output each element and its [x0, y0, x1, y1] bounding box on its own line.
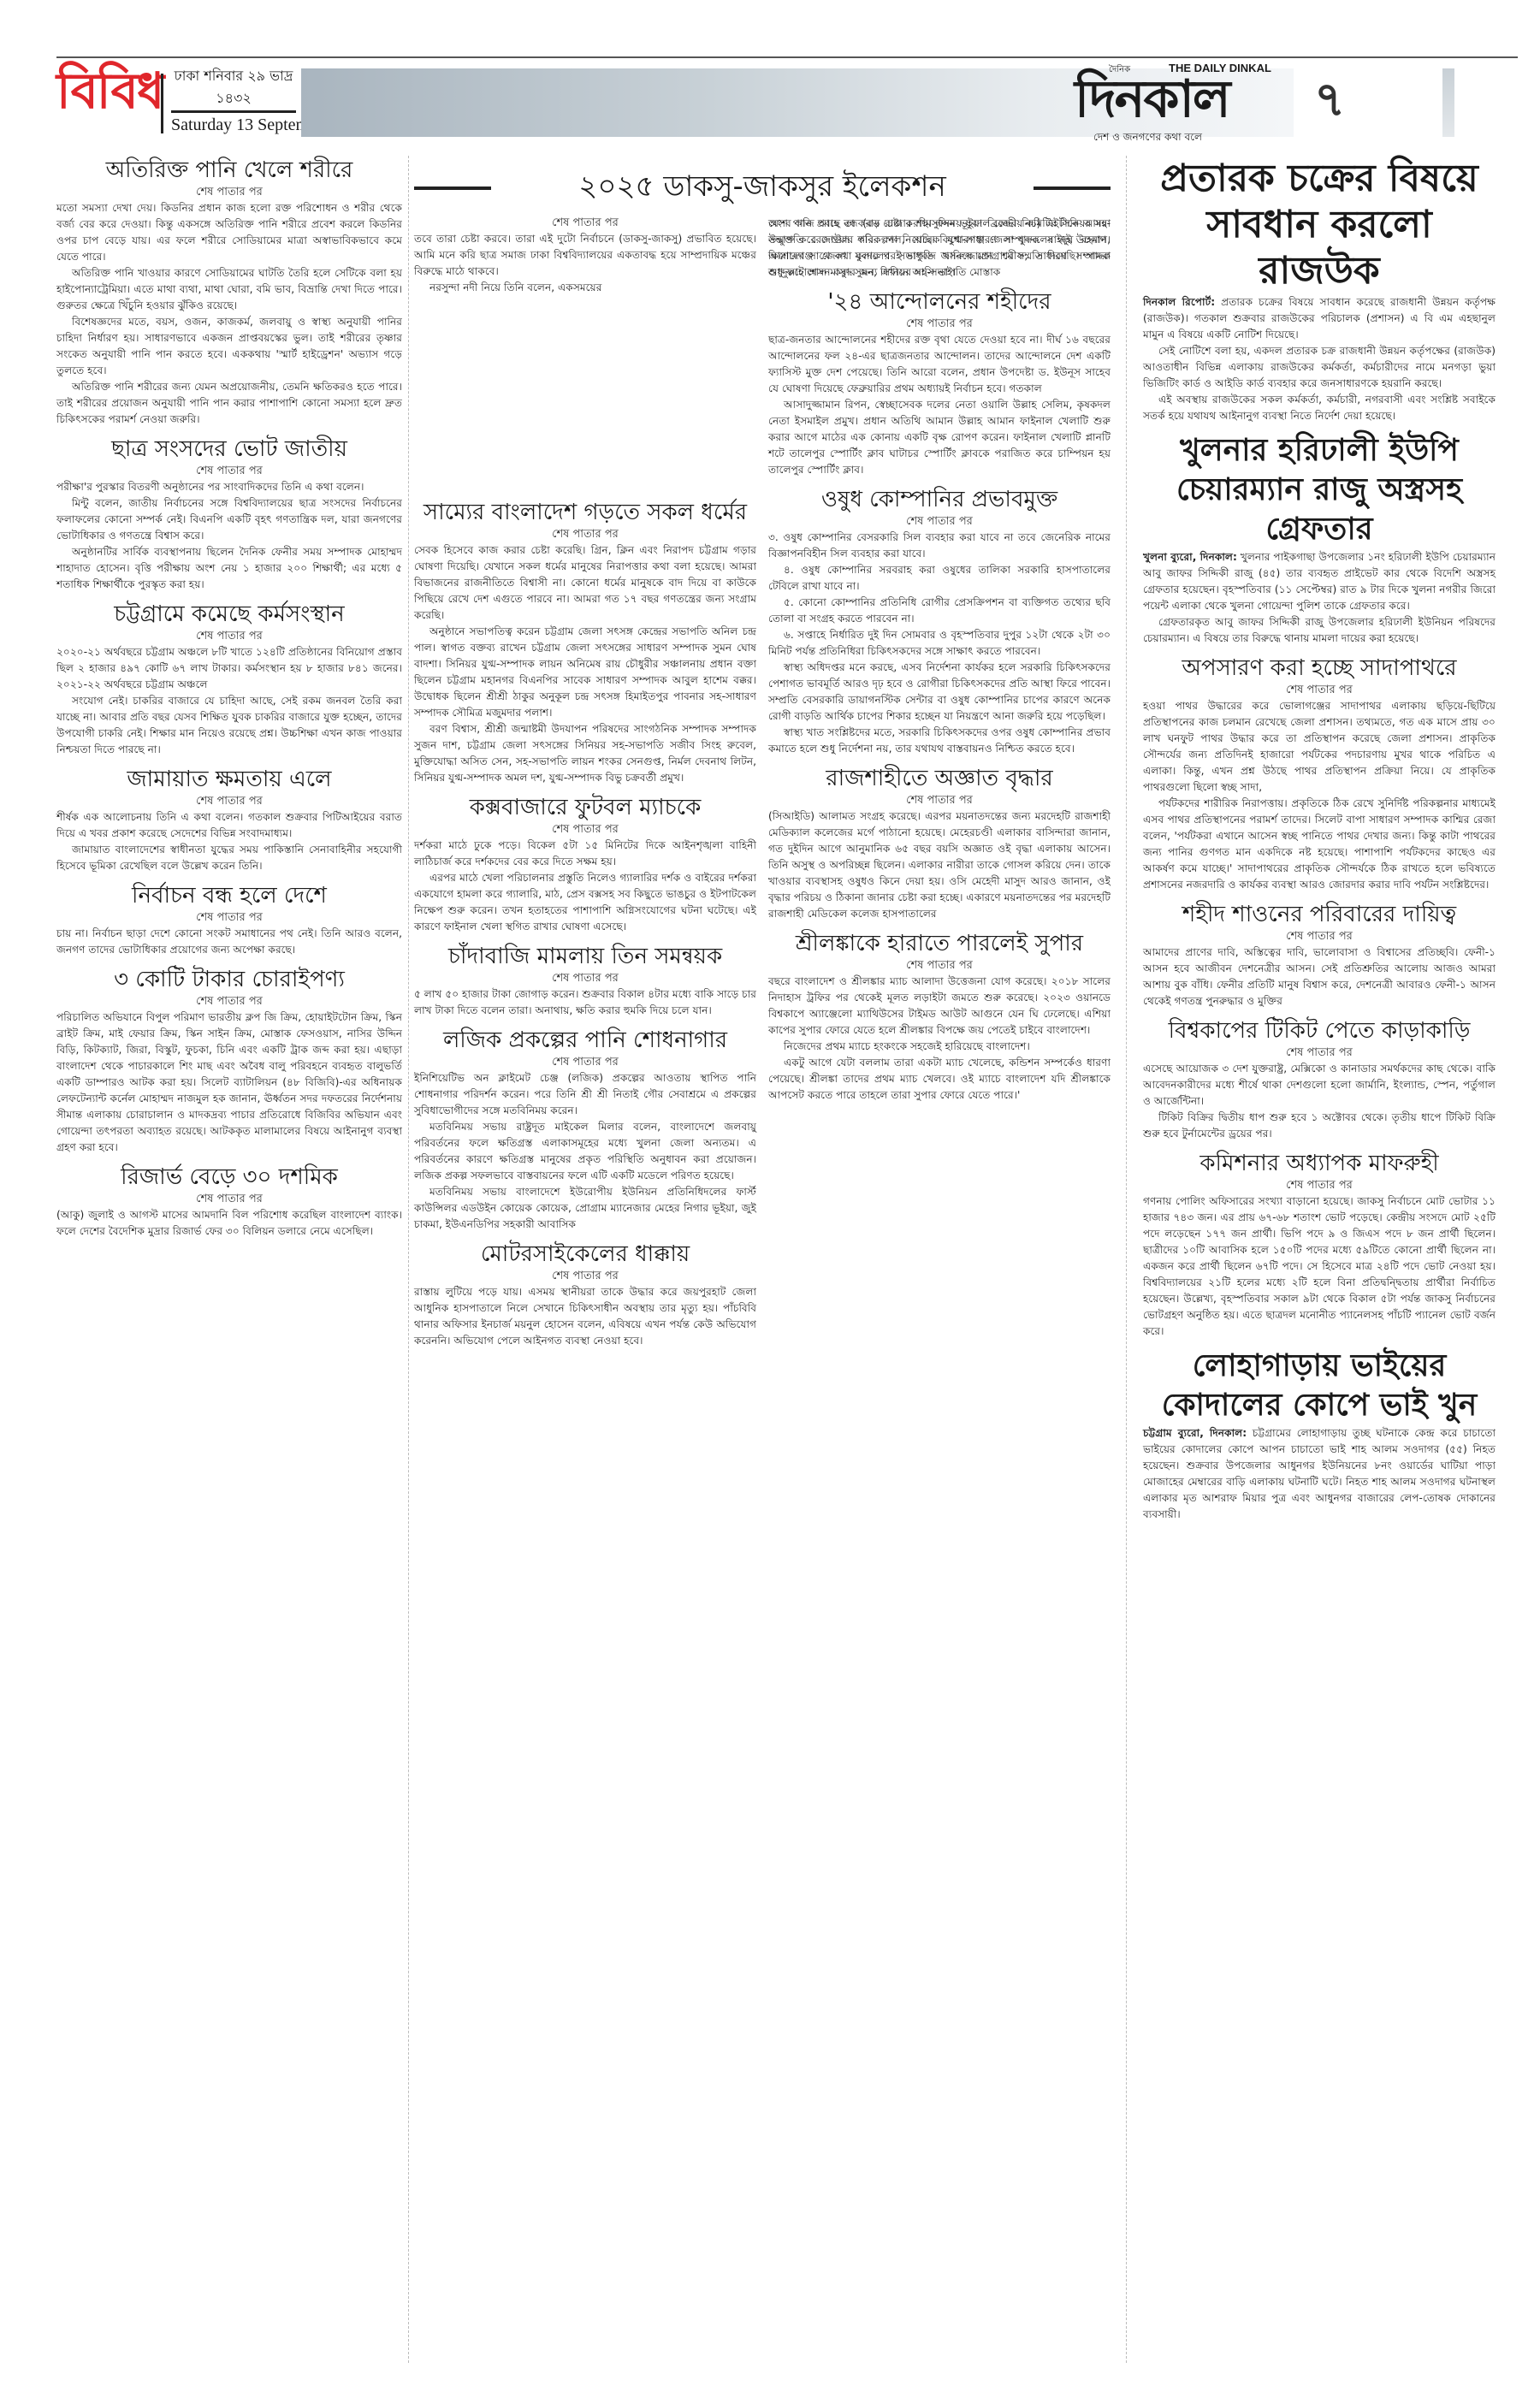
article-body: দর্শকরা মাঠে ঢুকে পড়ে। বিকেল ৫টা ১৫ মিন…	[414, 838, 756, 935]
article: মোটরসাইকেলের ধাক্কায়শেষ পাতার পররাস্তায…	[414, 1240, 756, 1349]
column-3: যেসব কাজ আছে তা করার চেষ্টা করছি। এসময় …	[768, 216, 1111, 1110]
continued-label: শেষ পাতার পর	[56, 1192, 402, 1207]
headline: ২০২৫ ডাকসু-জাকসুর ইলেকশন	[500, 168, 1025, 205]
masthead: বিবিধ ঢাকা শনিবার ২৯ ভাদ্র ১৪৩২ Saturday…	[56, 62, 1518, 151]
paragraph: আমাদের প্রাণের দাবি, অস্তিত্বের দাবি, ভা…	[1143, 944, 1496, 1009]
byline: চট্টগ্রাম ব্যুরো, দিনকাল:	[1143, 1427, 1247, 1439]
article-body: ছাত্র-জনতার আন্দোলনের শহীদের রক্ত বৃথা য…	[768, 332, 1111, 478]
article-body: মতো সমস্যা দেখা দেয়। কিডনির প্রধান কাজ …	[56, 200, 402, 428]
article-body: গণনায় পোলিং অফিসারের সংখ্যা বাড়ানো হয়…	[1143, 1193, 1496, 1340]
paragraph: তবে তারা চেষ্টা করবে। তারা এই দুটো নির্ব…	[414, 231, 756, 280]
paragraph: ৪. ওষুধ কোম্পানির সরবরাহ করা ওষুধের তালি…	[768, 562, 1111, 595]
continued-label: শেষ পাতার পর	[56, 464, 402, 479]
paragraph: জামায়াত বাংলাদেশের স্বাধীনতা যুদ্ধের সম…	[56, 842, 402, 874]
paragraph: ছাত্র-জনতার আন্দোলনের শহীদের রক্ত বৃথা য…	[768, 332, 1111, 397]
headline: জামায়াত ক্ষমতায় এলে	[56, 765, 402, 794]
article: নির্বাচন বন্ধ হলে দেশেশেষ পাতার পরচায় ন…	[56, 881, 402, 958]
article: সাম্যের বাংলাদেশ গড়তে সকল ধর্মেরশেষ পাত…	[414, 498, 756, 786]
headline: রাজশাহীতে অজ্ঞাত বৃদ্ধার	[768, 764, 1111, 793]
article: ছাত্র সংসদের ভোট জাতীয়শেষ পাতার পরপরীক্…	[56, 435, 402, 593]
paragraph: গণনায় পোলিং অফিসারের সংখ্যা বাড়ানো হয়…	[1143, 1193, 1496, 1340]
continued-label: শেষ পাতার পর	[56, 185, 402, 200]
continued-label: শেষ পাতার পর	[1143, 1178, 1496, 1193]
continued-label: শেষ পাতার পর	[56, 994, 402, 1009]
continued-label: শেষ পাতার পর	[56, 910, 402, 926]
headline: খুলনার হরিঢালী ইউপি চেয়ারম্যান রাজু অস্…	[1143, 431, 1496, 549]
newspaper-logo: দৈনিক THE DAILY DINKAL দিনকাল দেশ ও জনগণ…	[1075, 62, 1297, 147]
paragraph: বছরে বাংলাদেশ ও শ্রীলঙ্কার ম্যাচ আলাদা উ…	[768, 974, 1111, 1039]
brand-name: দিনকাল	[1075, 70, 1229, 128]
column-divider	[1126, 156, 1127, 2363]
paragraph-text: চট্টগ্রামের লোহাগাড়ায় তুচ্ছ ঘটনাকে কেন…	[1143, 1427, 1496, 1520]
paragraph: মতবিনিময় সভায় রাষ্ট্রদূত মাইকেল মিলার …	[414, 1119, 756, 1184]
paragraph: আসাদুজ্জামান রিপন, স্বেচ্ছাসেবক দলের নেত…	[768, 397, 1111, 478]
continued-label: শেষ পাতার পর	[768, 317, 1111, 332]
continued-label: শেষ পাতার পর	[56, 794, 402, 809]
article-body: এসেছে আয়োজক ৩ দেশ যুক্তরাষ্ট্র, মেক্সিক…	[1143, 1061, 1496, 1142]
headline: মোটরসাইকেলের ধাক্কায়	[414, 1240, 756, 1269]
continued-label: শেষ পাতার পর	[768, 958, 1111, 974]
article: বিশ্বকাপের টিকিট পেতে কাড়াকাড়িশেষ পাতা…	[1143, 1016, 1496, 1142]
paragraph: পর্যটকদের শারীরিক নিরাপত্তায়। প্রকৃতিকে…	[1143, 796, 1496, 893]
article-body: (সিআইডি) আলামত সংগ্রহ করেছে। এরপর ময়নাত…	[768, 808, 1111, 922]
page-number: ৭	[1314, 70, 1345, 130]
date-block: ঢাকা শনিবার ২৯ ভাদ্র ১৪৩২ Saturday 13 Se…	[171, 65, 296, 137]
paragraph: ৬. সপ্তাহে নির্ধারিত দুই দিন সোমবার ও বৃ…	[768, 627, 1111, 660]
article: '২৪ আন্দোলনের শহীদেরশেষ পাতার পরছাত্র-জন…	[768, 287, 1111, 478]
paragraph: এরপর মাঠে খেলা পরিচালনার প্রস্তুতি নিলেও…	[414, 870, 756, 935]
paragraph: চট্টগ্রাম ব্যুরো, দিনকাল: চট্টগ্রামের লো…	[1143, 1425, 1496, 1523]
article-body: হওয়া পাথর উদ্ধারের করে ভোলাগঞ্জের সাদাপ…	[1143, 698, 1496, 893]
article-body: রাস্তায় লুটিয়ে পড়ে যায়। এসময় স্থানী…	[414, 1284, 756, 1349]
paragraph: চায় না। নির্বাচন ছাড়া দেশে কোনো সংকট স…	[56, 926, 402, 958]
article-body: খুলনা ব্যুরো, দিনকাল: খুলনার পাইকগাছা উপ…	[1143, 549, 1496, 647]
headline-bar-right	[1034, 187, 1111, 190]
paragraph: মতবিনিময় সভায় বাংলাদেশে ইউরোপীয় ইউনিয…	[414, 1184, 756, 1233]
paragraph: ৫ লাখ ৫০ হাজার টাকা জোগাড় করেন। শুক্রবা…	[414, 986, 756, 1019]
article-body: ৩. ওষুধ কোম্পানির বেসরকারি সিল ব্যবহার ক…	[768, 530, 1111, 757]
continued-label: শেষ পাতার পর	[414, 1269, 756, 1284]
byline: দিনকাল রিপোর্ট:	[1143, 296, 1215, 308]
continued-label: শেষ পাতার পর	[414, 527, 756, 542]
article-body: শীর্ষক এক আলোচনায় তিনি এ কথা বলেন। গতকা…	[56, 809, 402, 874]
paragraph: নরসুন্দা নদী নিয়ে তিনি বলেন, একসময়ের	[414, 280, 756, 296]
paragraph: পরিচালিত অভিযানে বিপুল পরিমাণ ভারতীয় ক্…	[56, 1009, 402, 1156]
headline: নির্বাচন বন্ধ হলে দেশে	[56, 881, 402, 910]
paragraph: অনুষ্ঠানে সভাপতিত্ব করেন চট্টগ্রাম জেলা …	[414, 624, 756, 721]
article-body: যেসব কাজ আছে তা করার চেষ্টা করছি। এসময় …	[768, 216, 1111, 281]
paragraph: হওয়া পাথর উদ্ধারের করে ভোলাগঞ্জের সাদাপ…	[1143, 698, 1496, 796]
headline: কমিশনার অধ্যাপক মাফরুহী	[1143, 1149, 1496, 1178]
continued-label: শেষ পাতার পর	[768, 793, 1111, 808]
paragraph: সংযোগ নেই। চাকরির বাজারে যে চাহিদা আছে, …	[56, 693, 402, 758]
headline: লজিক প্রকল্পের পানি শোধনাগার	[414, 1026, 756, 1055]
paragraph: খুলনা ব্যুরো, দিনকাল: খুলনার পাইকগাছা উপ…	[1143, 549, 1496, 614]
headline: চট্টগ্রামে কমেছে কর্মসংস্থান	[56, 600, 402, 629]
article-body: ৫ লাখ ৫০ হাজার টাকা জোগাড় করেন। শুক্রবা…	[414, 986, 756, 1019]
article-body: সেবক হিসেবে কাজ করার চেষ্টা করেছি। গ্রিন…	[414, 542, 756, 786]
paragraph: মতো সমস্যা দেখা দেয়। কিডনির প্রধান কাজ …	[56, 200, 402, 265]
continued-label: শেষ পাতার পর	[414, 1055, 756, 1070]
headline: অতিরিক্ত পানি খেলে শরীরে	[56, 156, 402, 185]
paragraph: ইনিশিয়েটিভ অন ক্লাইমেট চেঞ্জ (লজিক) প্র…	[414, 1070, 756, 1119]
paragraph: এসেছে আয়োজক ৩ দেশ যুক্তরাষ্ট্র, মেক্সিক…	[1143, 1061, 1496, 1110]
article: শ্রীলঙ্কাকে হারাতে পারলেই সুপারশেষ পাতার…	[768, 929, 1111, 1104]
article: খুলনার হরিঢালী ইউপি চেয়ারম্যান রাজু অস্…	[1143, 431, 1496, 647]
headline: শ্রীলঙ্কাকে হারাতে পারলেই সুপার	[768, 929, 1111, 958]
paragraph: ৩. ওষুধ কোম্পানির বেসরকারি সিল ব্যবহার ক…	[768, 530, 1111, 562]
headline: প্রতারক চক্রের বিষয়ে সাবধান করলো রাজউক	[1143, 156, 1496, 294]
paragraph: গ্রেফতারকৃত আবু জাফর সিদ্দিকী রাজু উপজেল…	[1143, 614, 1496, 647]
article: চট্টগ্রামে কমেছে কর্মসংস্থানশেষ পাতার পর…	[56, 600, 402, 758]
article: লজিক প্রকল্পের পানি শোধনাগারশেষ পাতার পর…	[414, 1026, 756, 1233]
column-divider	[408, 156, 409, 2363]
headline: কক্সবাজারে ফুটবল ম্যাচকে	[414, 793, 756, 822]
byline: খুলনা ব্যুরো, দিনকাল:	[1143, 551, 1237, 563]
paragraph: যেসব কাজ আছে তা করার চেষ্টা করছি। এসময় …	[768, 216, 1111, 281]
paragraph: শীর্ষক এক আলোচনায় তিনি এ কথা বলেন। গতকা…	[56, 809, 402, 842]
continued-label: শেষ পাতার পর	[1143, 1045, 1496, 1061]
column-1: অতিরিক্ত পানি খেলে শরীরেশেষ পাতার পরমতো …	[56, 156, 402, 1246]
article: রাজশাহীতে অজ্ঞাত বৃদ্ধারশেষ পাতার পর(সিআ…	[768, 764, 1111, 922]
article: রিজার্ভ বেড়ে ৩০ দশমিকশেষ পাতার পর(আকু) …	[56, 1163, 402, 1240]
paragraph: দর্শকরা মাঠে ঢুকে পড়ে। বিকেল ৫টা ১৫ মিন…	[414, 838, 756, 870]
paragraph: পরীক্ষা'র পুরস্কার বিতরণী অনুষ্ঠানের পর …	[56, 479, 402, 495]
headline: সাম্যের বাংলাদেশ গড়তে সকল ধর্মের	[414, 498, 756, 527]
paragraph: সেই নোটিশে বলা হয়, একদল প্রতারক চক্র রা…	[1143, 343, 1496, 392]
article: অপসারণ করা হচ্ছে সাদাপাথরেশেষ পাতার পরহও…	[1143, 654, 1496, 893]
paragraph: অতিরিক্ত পানি খাওয়ার কারণে সোডিয়ামের ঘ…	[56, 265, 402, 314]
article-body: চায় না। নির্বাচন ছাড়া দেশে কোনো সংকট স…	[56, 926, 402, 958]
divider	[161, 74, 163, 133]
article-body: ইনিশিয়েটিভ অন ক্লাইমেট চেঞ্জ (লজিক) প্র…	[414, 1070, 756, 1233]
continued-label: শেষ পাতার পর	[1143, 683, 1496, 698]
brand-tagline: দেশ ও জনগণের কথা বলে	[1093, 130, 1202, 147]
paragraph: এই অবস্থায় রাজউকের সকল কর্মকর্তা, কর্মচ…	[1143, 392, 1496, 424]
paragraph: স্বাস্থ্য অধিদপ্তর মনে করছে, এসব নির্দেশ…	[768, 660, 1111, 725]
headline: রিজার্ভ বেড়ে ৩০ দশমিক	[56, 1163, 402, 1192]
paragraph: টিকিট বিক্রির দ্বিতীয় ধাপ শুরু হবে ১ অক…	[1143, 1110, 1496, 1142]
paragraph: মিন্টু বলেন, জাতীয় নির্বাচনের সঙ্গে বিশ…	[56, 495, 402, 544]
paragraph: সেবক হিসেবে কাজ করার চেষ্টা করেছি। গ্রিন…	[414, 542, 756, 624]
article: ৩ কোটি টাকার চোরাইপণ্যশেষ পাতার পরপরিচাল…	[56, 965, 402, 1156]
article-body: দিনকাল রিপোর্ট: প্রতারক চক্রের বিষয়ে সা…	[1143, 294, 1496, 424]
continued-label: শেষ পাতার পর	[414, 822, 756, 838]
section-title: বিবিধ	[56, 63, 163, 118]
paragraph: (সিআইডি) আলামত সংগ্রহ করেছে। এরপর ময়নাত…	[768, 808, 1111, 922]
paragraph: একটু আগে যেটা বললাম তারা একটা ম্যাচ খেলে…	[768, 1055, 1111, 1104]
article-body: বছরে বাংলাদেশ ও শ্রীলঙ্কার ম্যাচ আলাদা উ…	[768, 974, 1111, 1104]
headline: শহীদ শাওনের পরিবারের দায়িত্ব	[1143, 900, 1496, 929]
article-body: চট্টগ্রাম ব্যুরো, দিনকাল: চট্টগ্রামের লো…	[1143, 1425, 1496, 1523]
paragraph: দিনকাল রিপোর্ট: প্রতারক চক্রের বিষয়ে সা…	[1143, 294, 1496, 343]
headline-bar-left	[414, 187, 491, 190]
paragraph: রাস্তায় লুটিয়ে পড়ে যায়। এসময় স্থানী…	[414, 1284, 756, 1349]
article-body: ২০২০-২১ অর্থবছরে চট্টগ্রাম অঞ্চলে ৮টি খা…	[56, 644, 402, 758]
headline: অপসারণ করা হচ্ছে সাদাপাথরে	[1143, 654, 1496, 683]
headline: বিশ্বকাপের টিকিট পেতে কাড়াকাড়ি	[1143, 1016, 1496, 1045]
article: অতিরিক্ত পানি খেলে শরীরেশেষ পাতার পরমতো …	[56, 156, 402, 428]
paragraph: ৫. কোনো কোম্পানির প্রতিনিধি রোগীর প্রেসক…	[768, 595, 1111, 627]
article-body: (আকু) জুলাই ও আগস্ট মাসের আমদানি বিল পরি…	[56, 1207, 402, 1240]
article: শহীদ শাওনের পরিবারের দায়িত্বশেষ পাতার প…	[1143, 900, 1496, 1009]
spanning-headline: ২০২৫ ডাকসু-জাকসুর ইলেকশন	[414, 168, 1111, 209]
paragraph: অনুষ্ঠানটির সার্বিক ব্যবস্থাপনায় ছিলেন …	[56, 544, 402, 593]
continued-label: শেষ পাতার পর	[56, 629, 402, 644]
headline: ছাত্র সংসদের ভোট জাতীয়	[56, 435, 402, 464]
article: কমিশনার অধ্যাপক মাফরুহীশেষ পাতার পরগণনায…	[1143, 1149, 1496, 1340]
article-body: পরীক্ষা'র পুরস্কার বিতরণী অনুষ্ঠানের পর …	[56, 479, 402, 593]
paragraph: (আকু) জুলাই ও আগস্ট মাসের আমদানি বিল পরি…	[56, 1207, 402, 1240]
column-2: সাম্যের বাংলাদেশ গড়তে সকল ধর্মেরশেষ পাত…	[414, 498, 756, 1356]
headline: লোহাগাড়ায় ভাইয়ের কোদালের কোপে ভাই খুন	[1143, 1347, 1496, 1425]
page-strip	[1442, 68, 1454, 137]
date-bangla: ঢাকা শনিবার ২৯ ভাদ্র ১৪৩২	[171, 65, 296, 113]
paragraph: বরণ বিশ্বাস, শ্রীশ্রী জন্মাষ্টমী উদযাপন …	[414, 721, 756, 786]
continued-label: শেষ পাতার পর	[414, 216, 756, 231]
paragraph: স্বাস্থ্য খাত সংশ্লিষ্টদের মতে, সরকারি চ…	[768, 725, 1111, 757]
paragraph: অতিরিক্ত পানি শরীরের জন্য যেমন অপ্রয়োজন…	[56, 379, 402, 428]
paragraph: বিশেষজ্ঞদের মতে, বয়স, ওজন, কাজকর্ম, জলব…	[56, 314, 402, 379]
headline: চাঁদাবাজি মামলায় তিন সমন্বয়ক	[414, 942, 756, 971]
article: প্রতারক চক্রের বিষয়ে সাবধান করলো রাজউকদ…	[1143, 156, 1496, 424]
article-body: পরিচালিত অভিযানে বিপুল পরিমাণ ভারতীয় ক্…	[56, 1009, 402, 1156]
headline: '২৪ আন্দোলনের শহীদের	[768, 287, 1111, 317]
continued-label: শেষ পাতার পর	[768, 514, 1111, 530]
article: কক্সবাজারে ফুটবল ম্যাচকেশেষ পাতার পরদর্শ…	[414, 793, 756, 935]
article: ওষুধ কোম্পানির প্রভাবমুক্তশেষ পাতার পর৩.…	[768, 485, 1111, 757]
headline: ৩ কোটি টাকার চোরাইপণ্য	[56, 965, 402, 994]
continued-label: শেষ পাতার পর	[1143, 929, 1496, 944]
article-body: তবে তারা চেষ্টা করবে। তারা এই দুটো নির্ব…	[414, 231, 756, 296]
article: জামায়াত ক্ষমতায় এলেশেষ পাতার পরশীর্ষক …	[56, 765, 402, 874]
date-english: Saturday 13 September 2025	[171, 113, 296, 137]
paragraph: ২০২০-২১ অর্থবছরে চট্টগ্রাম অঞ্চলে ৮টি খা…	[56, 644, 402, 693]
headline: ওষুধ কোম্পানির প্রভাবমুক্ত	[768, 485, 1111, 514]
continued-label: শেষ পাতার পর	[414, 971, 756, 986]
article: লোহাগাড়ায় ভাইয়ের কোদালের কোপে ভাই খুন…	[1143, 1347, 1496, 1523]
article-body: আমাদের প্রাণের দাবি, অস্তিত্বের দাবি, ভা…	[1143, 944, 1496, 1009]
paragraph: নিজেদের প্রথম ম্যাচে হংকংকে সহজেই হারিয়…	[768, 1039, 1111, 1055]
masthead-rule	[56, 56, 1518, 58]
article: চাঁদাবাজি মামলায় তিন সমন্বয়কশেষ পাতার …	[414, 942, 756, 1019]
column-4: প্রতারক চক্রের বিষয়ে সাবধান করলো রাজউকদ…	[1143, 156, 1496, 1530]
